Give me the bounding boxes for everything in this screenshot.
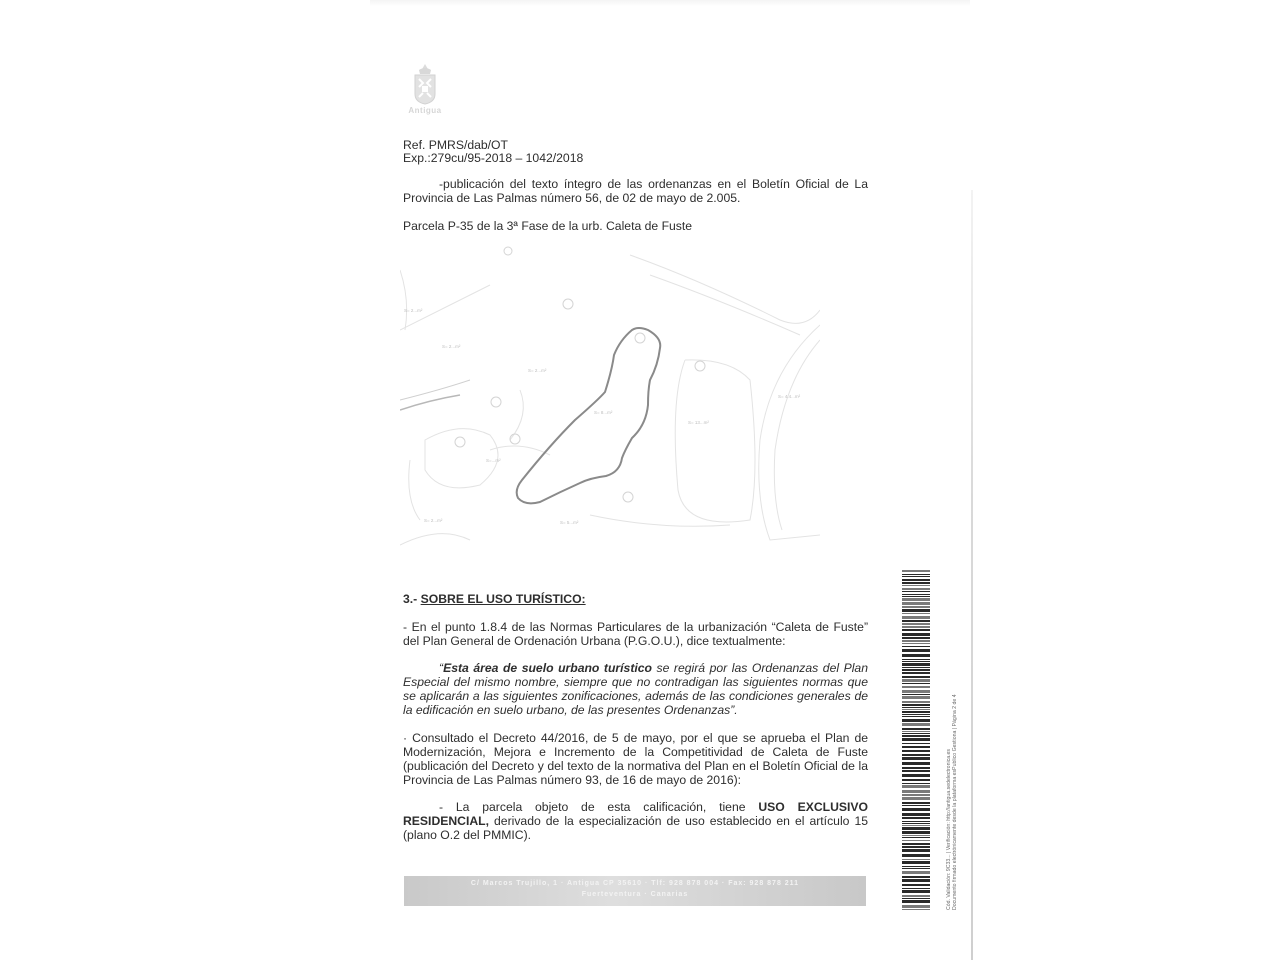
residential-use-paragraph: - La parcela objeto de esta calificación… bbox=[403, 800, 868, 842]
publication-paragraph: -publicación del texto íntegro de las or… bbox=[403, 177, 868, 205]
quoted-regulation: “Esta área de suelo urbano turístico se … bbox=[403, 661, 868, 717]
parcel-map: S= 2...m² S= 2...m² S= 2...m² S= 8...m² … bbox=[400, 240, 820, 565]
validation-barcode bbox=[902, 570, 930, 910]
map-label: S=...m² bbox=[486, 458, 501, 463]
map-label: S= 2...m² bbox=[424, 518, 443, 523]
section-title: SOBRE EL USO TURÍSTICO: bbox=[421, 592, 586, 606]
validation-line-2: Documento firmado electrónicamente desde… bbox=[952, 694, 958, 910]
municipal-logo: Antigua bbox=[403, 62, 447, 120]
map-label: S= 5...m² bbox=[560, 520, 579, 525]
map-label: S= 2...m² bbox=[404, 308, 423, 313]
decree-paragraph: · Consultado el Decreto 44/2016, de 5 de… bbox=[403, 731, 868, 787]
scan-top-shadow bbox=[370, 0, 970, 6]
address-footer: C/ Marcos Trujillo, 1 · Antigua CP 35610… bbox=[404, 876, 866, 906]
quote-bold: Esta área de suelo urbano turístico bbox=[443, 661, 652, 675]
map-label: S= 8...m² bbox=[594, 410, 613, 415]
page-edge-shadow bbox=[971, 190, 973, 960]
reference-line: Ref. PMRS/dab/OT bbox=[403, 138, 508, 152]
expedient-line: Exp.:279cu/95-2018 – 1042/2018 bbox=[403, 151, 583, 165]
pgou-paragraph: - En el punto 1.8.4 de las Normas Partic… bbox=[403, 620, 868, 648]
logo-text: Antigua bbox=[403, 106, 447, 115]
section-number: 3.- bbox=[403, 592, 417, 606]
cadastral-plan-image: S= 2...m² S= 2...m² S= 2...m² S= 8...m² … bbox=[400, 240, 820, 565]
map-label: S= 2...m² bbox=[528, 368, 547, 373]
map-label: S= 4.4...m² bbox=[778, 394, 801, 399]
footer-region: Fuerteventura · Canarias bbox=[404, 891, 866, 898]
map-label: S= 13...m² bbox=[688, 420, 709, 425]
coat-of-arms-icon bbox=[403, 62, 447, 106]
section-heading: 3.- SOBRE EL USO TURÍSTICO: bbox=[403, 592, 586, 606]
parcel-outline bbox=[517, 328, 661, 503]
map-label: S= 2...m² bbox=[442, 344, 461, 349]
footer-address: C/ Marcos Trujillo, 1 · Antigua CP 35610… bbox=[404, 880, 866, 887]
validation-text: Cód. Validación: 9C33... | Verificación:… bbox=[946, 694, 958, 910]
p3-start: - La parcela objeto de esta calificación… bbox=[439, 800, 758, 814]
parcel-caption: Parcela P-35 de la 3ª Fase de la urb. Ca… bbox=[403, 219, 692, 233]
